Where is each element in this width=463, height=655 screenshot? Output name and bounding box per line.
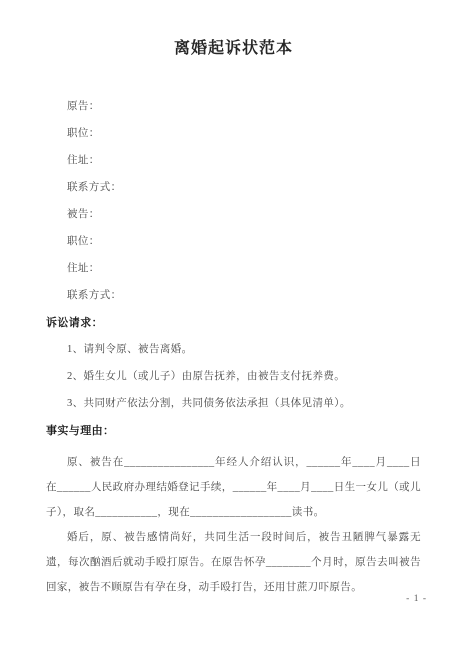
document-content: 离婚起诉状范本 原告： 职位： 住址： 联系方式： 被告： 职位： 住址： 联系… xyxy=(0,0,463,600)
field-defendant-contact: 联系方式： xyxy=(46,288,421,304)
page-number: - 1 - xyxy=(406,594,427,604)
facts-paragraph-1: 原、被告在________________年经人介绍认识，______年____… xyxy=(46,450,421,525)
document-title: 离婚起诉状范本 xyxy=(46,38,421,60)
document-page: 离婚起诉状范本 原告： 职位： 住址： 联系方式： 被告： 职位： 住址： 联系… xyxy=(0,0,463,655)
field-plaintiff-contact: 联系方式： xyxy=(46,180,421,196)
claim-item-2: 2、婚生女儿（或儿子）由原告抚养，由被告支付抚养费。 xyxy=(46,369,421,385)
field-defendant-address: 住址： xyxy=(46,261,421,277)
field-defendant-position: 职位： xyxy=(46,234,421,250)
facts-paragraph-2: 婚后，原、被告感情尚好，共同生活一段时间后，被告丑陋脾气暴露无遗，每次酗酒后就动… xyxy=(46,525,421,600)
claim-item-1: 1、请判令原、被告离婚。 xyxy=(46,342,421,358)
field-plaintiff-position: 职位： xyxy=(46,126,421,142)
field-plaintiff: 原告： xyxy=(46,99,421,115)
section-heading-claims: 诉讼请求： xyxy=(46,315,421,331)
field-defendant: 被告： xyxy=(46,207,421,223)
section-heading-facts: 事实与理由： xyxy=(46,423,421,439)
claim-item-3: 3、共同财产依法分割，共同债务依法承担（具体见清单）。 xyxy=(46,396,421,412)
field-plaintiff-address: 住址： xyxy=(46,153,421,169)
